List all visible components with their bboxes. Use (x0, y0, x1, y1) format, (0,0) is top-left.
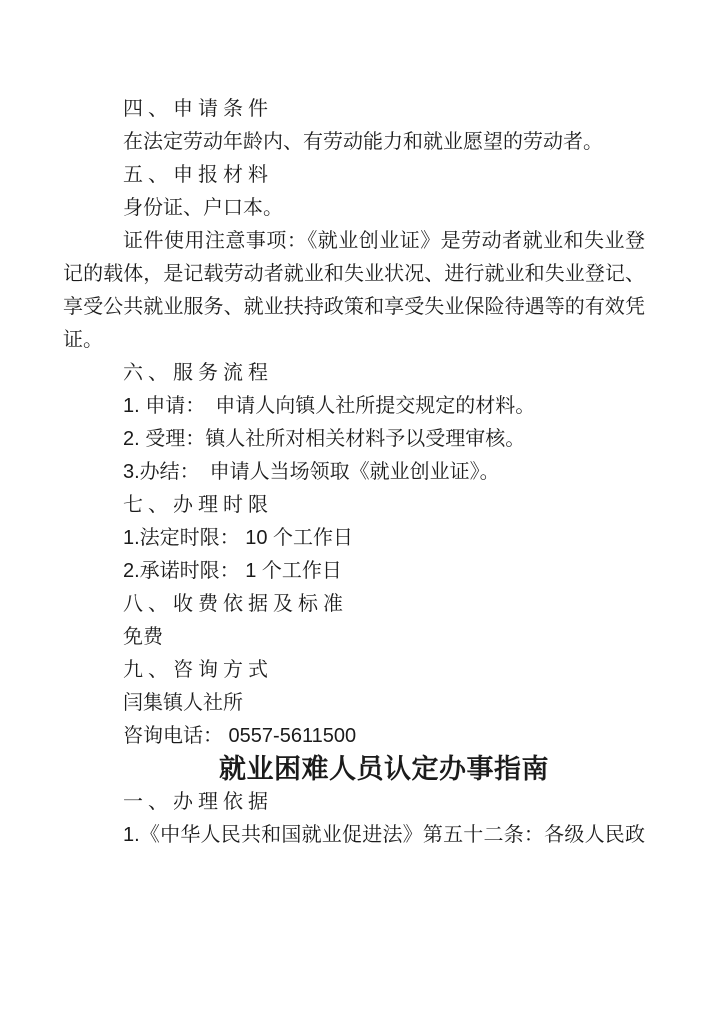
para-required-documents: 身份证、户口本。 (63, 192, 645, 225)
para-office-name: 闫集镇人社所 (63, 687, 645, 720)
document-page: 四、申请条件 在法定劳动年龄内、有劳动能力和就业愿望的劳动者。 五、申报材料 身… (0, 0, 715, 1011)
para-step-apply: 1. 申请： 申请人向镇人社所提交规定的材料。 (63, 390, 645, 423)
heading-application-materials: 五、申报材料 (63, 159, 645, 192)
para-consultation-phone: 咨询电话： 0557-5611500 (63, 720, 645, 753)
heading-service-process: 六、服务流程 (63, 357, 645, 390)
para-step-complete: 3.办结： 申请人当场领取《就业创业证》。 (63, 456, 645, 489)
heading-application-conditions: 四、申请条件 (63, 93, 645, 126)
para-promised-time-limit: 2.承诺时限： 1 个工作日 (63, 555, 645, 588)
para-fee-free: 免费 (63, 621, 645, 654)
heading-fee-basis-standard: 八、收费依据及标准 (63, 588, 645, 621)
para-statutory-time-limit: 1.法定时限： 10 个工作日 (63, 522, 645, 555)
heading-processing-basis: 一、办理依据 (63, 786, 645, 819)
para-certificate-usage-note: 证件使用注意事项：《就业创业证》是劳动者就业和失业登记的载体，是记载劳动者就业和… (63, 225, 645, 357)
heading-consultation-method: 九、咨询方式 (63, 654, 645, 687)
para-eligible-workers: 在法定劳动年龄内、有劳动能力和就业愿望的劳动者。 (63, 126, 645, 159)
para-legal-basis-clipped: 1.《中华人民共和国就业促进法》第五十二条：各级人民政 (63, 819, 645, 852)
document-title: 就业困难人员认定办事指南 (63, 753, 645, 786)
heading-processing-time-limit: 七、办理时限 (63, 489, 645, 522)
para-step-accept: 2. 受理：镇人社所对相关材料予以受理审核。 (63, 423, 645, 456)
